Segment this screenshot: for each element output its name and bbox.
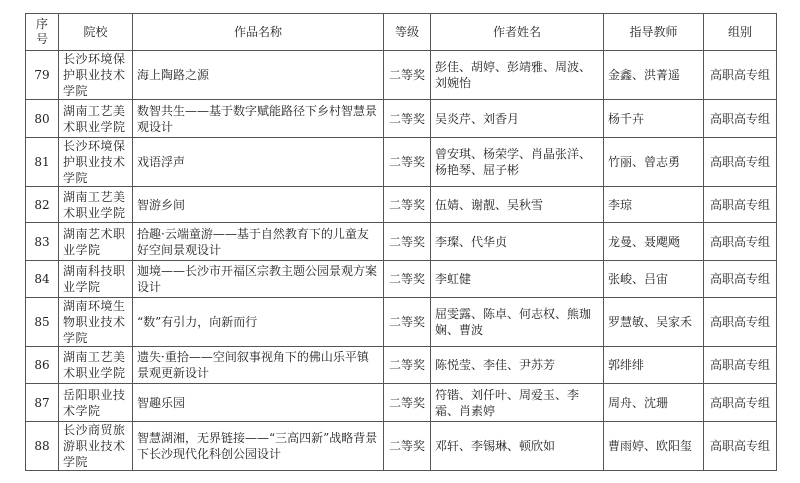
row-number: 82	[26, 187, 59, 223]
group-category: 高职高专组	[704, 223, 777, 261]
header-group: 组别	[704, 14, 777, 51]
advisor-names: 周舟、沈珊	[604, 384, 704, 422]
author-names: 曾安琪、杨荣学、肖晶张洋、杨艳琴、屈子彬	[431, 138, 604, 187]
advisor-names: 张峻、吕宙	[604, 261, 704, 298]
row-number: 86	[26, 347, 59, 384]
header-teachers: 指导教师	[604, 14, 704, 51]
award-level: 二等奖	[384, 51, 431, 100]
award-level: 二等奖	[384, 422, 431, 471]
award-level: 二等奖	[384, 138, 431, 187]
row-number: 87	[26, 384, 59, 422]
award-level: 二等奖	[384, 298, 431, 347]
school-name: 湖南科技职业学院	[59, 261, 133, 298]
school-name: 岳阳职业技术学院	[59, 384, 133, 422]
award-level: 二等奖	[384, 187, 431, 223]
school-name: 长沙环境保护职业技术学院	[59, 138, 133, 187]
header-row: 序号 院校 作品名称 等级 作者姓名 指导教师 组别	[26, 14, 777, 51]
work-title: 智慧湖湘，无界链接——“三高四新”战略背景下长沙现代化科创公园设计	[133, 422, 384, 471]
table-row: 82湖南工艺美术职业学院智游乡间二等奖伍婧、谢靓、吴秋雪李琼高职高专组	[26, 187, 777, 223]
advisor-names: 竹丽、曾志勇	[604, 138, 704, 187]
advisor-names: 曹雨婷、欧阳玺	[604, 422, 704, 471]
table-row: 79长沙环境保护职业技术学院海上陶路之源二等奖彭佳、胡婷、彭靖雅、周波、刘婉怡金…	[26, 51, 777, 100]
school-name: 湖南工艺美术职业学院	[59, 100, 133, 138]
work-title: 拾趣·云端童游——基于自然教育下的儿童友好空间景观设计	[133, 223, 384, 261]
table-row: 86湖南工艺美术职业学院遗失·重拾——空间叙事视角下的佛山乐平镇景观更新设计二等…	[26, 347, 777, 384]
advisor-names: 罗慧敏、吴家禾	[604, 298, 704, 347]
row-number: 79	[26, 51, 59, 100]
table-row: 85湖南环境生物职业技术学院“数”有引力，向新而行二等奖屈雯露、陈卓、何志权、熊…	[26, 298, 777, 347]
group-category: 高职高专组	[704, 422, 777, 471]
award-level: 二等奖	[384, 384, 431, 422]
row-number: 85	[26, 298, 59, 347]
work-title: 智游乡间	[133, 187, 384, 223]
group-category: 高职高专组	[704, 138, 777, 187]
award-level: 二等奖	[384, 347, 431, 384]
header-school: 院校	[59, 14, 133, 51]
author-names: 李璨、代华贞	[431, 223, 604, 261]
group-category: 高职高专组	[704, 51, 777, 100]
award-level: 二等奖	[384, 100, 431, 138]
author-names: 伍婧、谢靓、吴秋雪	[431, 187, 604, 223]
table-row: 84湖南科技职业学院迦境——长沙市开福区宗教主题公园景观方案设计二等奖李虹健张峻…	[26, 261, 777, 298]
table-row: 87岳阳职业技术学院智趣乐园二等奖符锴、刘仟叶、周爱玉、李霜、肖素婷周舟、沈珊高…	[26, 384, 777, 422]
table-row: 83湖南艺术职业学院拾趣·云端童游——基于自然教育下的儿童友好空间景观设计二等奖…	[26, 223, 777, 261]
advisor-names: 杨千卉	[604, 100, 704, 138]
group-category: 高职高专组	[704, 187, 777, 223]
advisor-names: 龙曼、聂飔飏	[604, 223, 704, 261]
row-number: 81	[26, 138, 59, 187]
work-title: 数智共生——基于数字赋能路径下乡村智慧景观设计	[133, 100, 384, 138]
school-name: 湖南工艺美术职业学院	[59, 347, 133, 384]
work-title: 迦境——长沙市开福区宗教主题公园景观方案设计	[133, 261, 384, 298]
group-category: 高职高专组	[704, 298, 777, 347]
author-names: 吴炎芹、刘香月	[431, 100, 604, 138]
advisor-names: 郭绯绯	[604, 347, 704, 384]
group-category: 高职高专组	[704, 347, 777, 384]
group-category: 高职高专组	[704, 384, 777, 422]
author-names: 屈雯露、陈卓、何志权、熊珈娴、曹波	[431, 298, 604, 347]
award-level: 二等奖	[384, 223, 431, 261]
award-level: 二等奖	[384, 261, 431, 298]
work-title: “数”有引力，向新而行	[133, 298, 384, 347]
row-number: 84	[26, 261, 59, 298]
row-number: 83	[26, 223, 59, 261]
header-authors: 作者姓名	[431, 14, 604, 51]
work-title: 遗失·重拾——空间叙事视角下的佛山乐平镇景观更新设计	[133, 347, 384, 384]
author-names: 陈悦莹、李佳、尹苏芳	[431, 347, 604, 384]
awards-table: 序号 院校 作品名称 等级 作者姓名 指导教师 组别 79长沙环境保护职业技术学…	[25, 13, 777, 471]
school-name: 湖南环境生物职业技术学院	[59, 298, 133, 347]
advisor-names: 李琼	[604, 187, 704, 223]
group-category: 高职高专组	[704, 100, 777, 138]
school-name: 湖南艺术职业学院	[59, 223, 133, 261]
work-title: 戏语浮声	[133, 138, 384, 187]
author-names: 李虹健	[431, 261, 604, 298]
author-names: 邓轩、李锡琳、顿欣如	[431, 422, 604, 471]
group-category: 高职高专组	[704, 261, 777, 298]
row-number: 80	[26, 100, 59, 138]
school-name: 长沙商贸旅游职业技术学院	[59, 422, 133, 471]
work-title: 智趣乐园	[133, 384, 384, 422]
table-row: 88长沙商贸旅游职业技术学院智慧湖湘，无界链接——“三高四新”战略背景下长沙现代…	[26, 422, 777, 471]
author-names: 彭佳、胡婷、彭靖雅、周波、刘婉怡	[431, 51, 604, 100]
header-no: 序号	[26, 14, 59, 51]
table-row: 81长沙环境保护职业技术学院戏语浮声二等奖曾安琪、杨荣学、肖晶张洋、杨艳琴、屈子…	[26, 138, 777, 187]
row-number: 88	[26, 422, 59, 471]
school-name: 长沙环境保护职业技术学院	[59, 51, 133, 100]
advisor-names: 金鑫、洪菁遥	[604, 51, 704, 100]
school-name: 湖南工艺美术职业学院	[59, 187, 133, 223]
table-row: 80湖南工艺美术职业学院数智共生——基于数字赋能路径下乡村智慧景观设计二等奖吴炎…	[26, 100, 777, 138]
work-title: 海上陶路之源	[133, 51, 384, 100]
header-title: 作品名称	[133, 14, 384, 51]
header-level: 等级	[384, 14, 431, 51]
author-names: 符锴、刘仟叶、周爱玉、李霜、肖素婷	[431, 384, 604, 422]
